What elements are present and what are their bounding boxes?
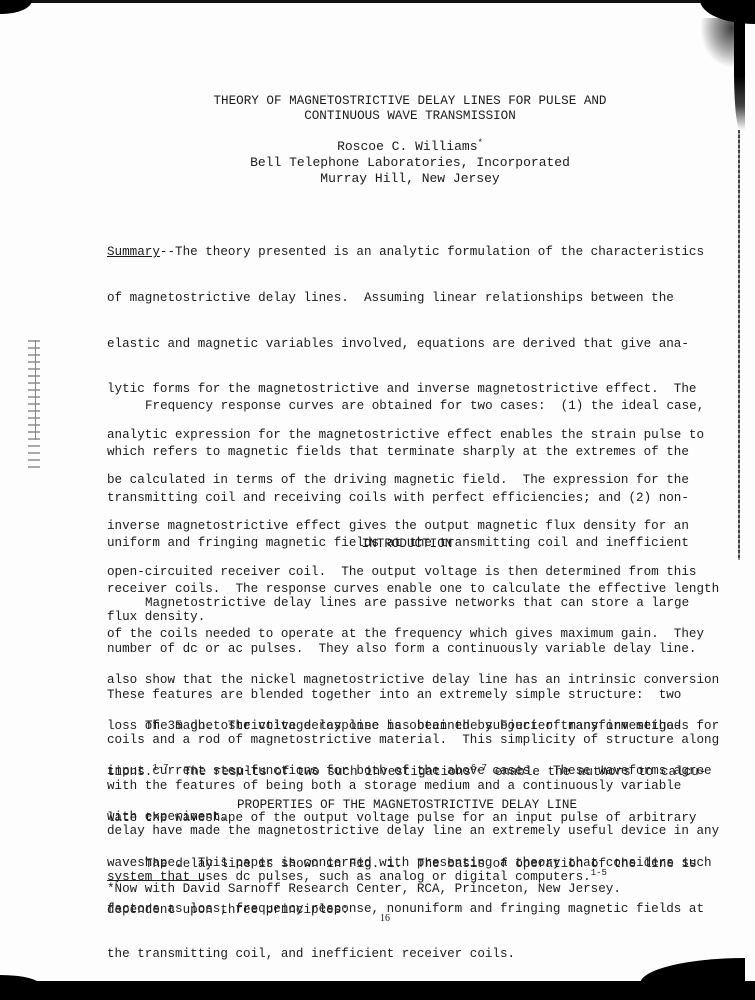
scan-corner-top-left [0, 0, 32, 14]
scan-smear-right [734, 10, 745, 130]
frequency-line: Frequency response curves are obtained f… [107, 399, 717, 414]
paper-title: THEORY OF MAGNETOSTRICTIVE DELAY LINES F… [110, 94, 710, 124]
title-line-2: CONTINUOUS WAVE TRANSMISSION [110, 109, 710, 124]
scan-edge-right [738, 130, 740, 560]
scan-edge-top [0, 0, 755, 3]
footnote-rule [107, 880, 204, 881]
introduction-heading: INTRODUCTION [107, 537, 707, 552]
summary-label: Summary [107, 245, 160, 259]
footnote: *Now with David Sarnoff Research Center,… [107, 882, 727, 897]
author-block: Roscoe C. Williams* Bell Telephone Labor… [110, 139, 710, 187]
citation-ref: 6,7 [471, 763, 487, 773]
citation-ref: 1-7 [152, 763, 168, 773]
intro-line: Magnetostrictive delay lines are passive… [107, 596, 717, 611]
scan-corner-bottom-left [0, 975, 40, 985]
summary-line-1: Summary--The theory presented is an anal… [107, 245, 717, 260]
properties-heading: PROPERTIES OF THE MAGNETOSTRICTIVE DELAY… [107, 798, 707, 813]
frequency-line: which refers to magnetic fields that ter… [107, 445, 717, 460]
scan-marks-left [28, 340, 40, 470]
intro2-line: The magnetostrictive delay line has been… [107, 719, 717, 734]
summary-line: of magnetostrictive delay lines. Assumin… [107, 291, 717, 306]
intro2-line: the transmitting coil, and inefficient r… [107, 947, 717, 962]
properties-line: The delay line is shown in Fig. 1. The b… [107, 857, 717, 872]
author-footnote-mark: * [478, 138, 483, 148]
intro-line: number of dc or ac pulses. They also for… [107, 642, 717, 657]
summary-line: elastic and magnetic variables involved,… [107, 337, 717, 352]
author-affiliation: Bell Telephone Laboratories, Incorporate… [110, 155, 710, 171]
author-location: Murray Hill, New Jersey [110, 171, 710, 187]
paper-page: THEORY OF MAGNETOSTRICTIVE DELAY LINES F… [0, 0, 755, 1000]
title-line-1: THEORY OF MAGNETOSTRICTIVE DELAY LINES F… [110, 94, 710, 109]
frequency-line: transmitting coil and receiving coils wi… [107, 491, 717, 506]
author-name: Roscoe C. Williams* [110, 139, 710, 155]
page-number: 16 [380, 913, 440, 924]
intro2-line-2: tions.1-7 The results of two such invest… [107, 765, 717, 780]
